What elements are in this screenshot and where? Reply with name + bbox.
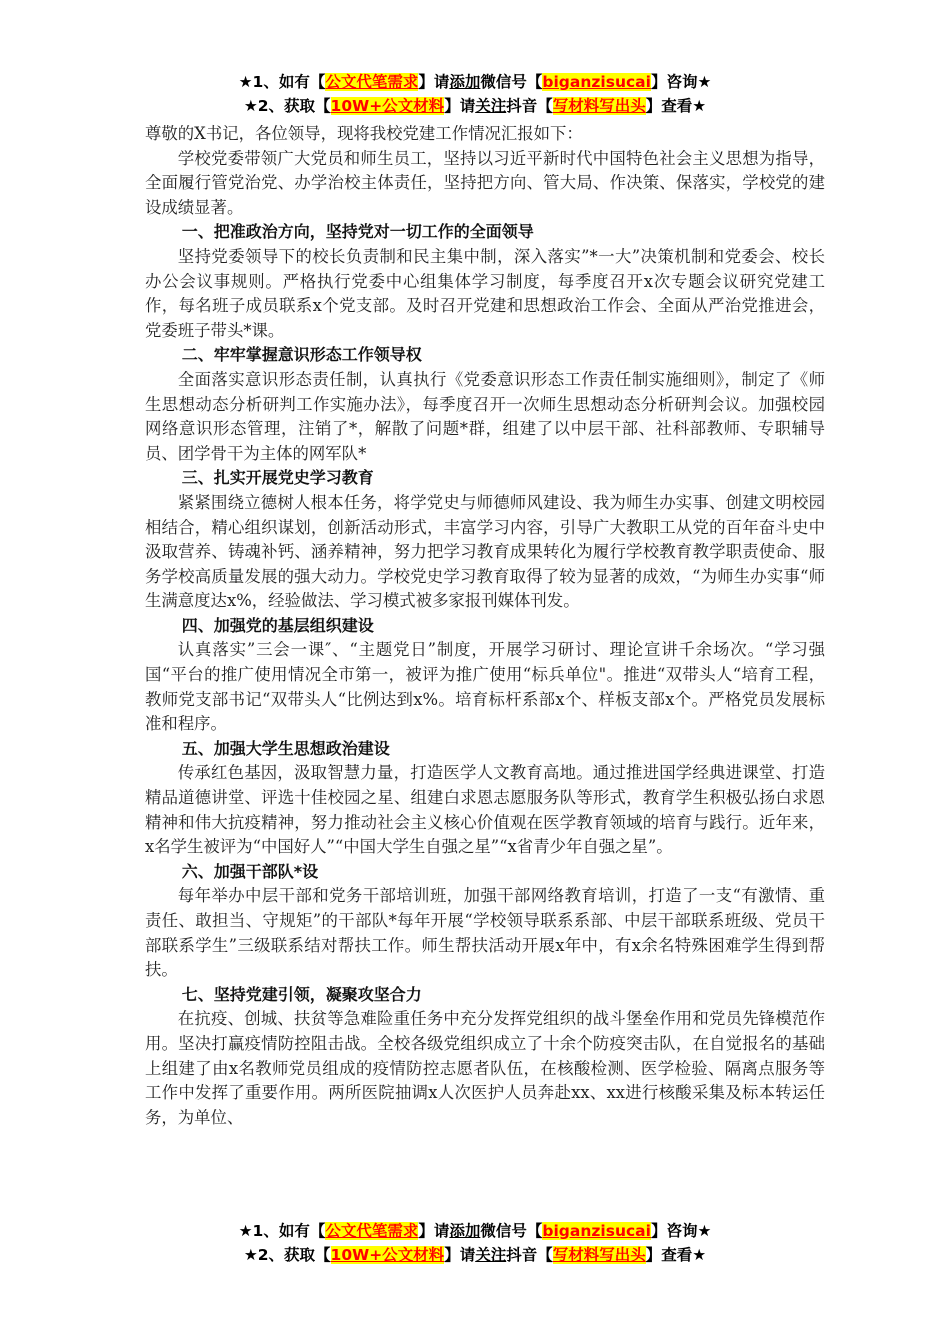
section-body-1: 坚持党委领导下的校长负责制和民主集中制，深入落实”*一大”决策机制和党委会、校长…	[145, 245, 825, 343]
promo-wechat-id: biganzisucai	[542, 73, 651, 91]
section-body-7: 在抗疫、创城、扶贫等急难险重任务中充分发挥党组织的战斗堡垒作用和党员先锋模范作用…	[145, 1007, 825, 1130]
promo-line-2: ★2、获取【10W+公文材料】请关注抖音【写材料写出头】查看★	[0, 1243, 950, 1267]
promo-highlight: 公文代笔需求	[325, 73, 418, 91]
document-body: 尊敬的X书记，各位领导，现将我校党建工作情况汇报如下： 学校党委带领广大党员和师…	[145, 122, 825, 1130]
section-heading-4: 四、加强党的基层组织建设	[145, 614, 825, 639]
section-body-6: 每年举办中层干部和党务干部培训班，加强干部网络教育培训，打造了一支“有激情、重责…	[145, 884, 825, 982]
promo-text: ★2、获取【	[244, 97, 331, 115]
promo-text: 抖音【	[506, 97, 553, 115]
section-body-3: 紧紧围绕立德树人根本任务，将学党史与师德师风建设、我为师生办实事、创建文明校园相…	[145, 491, 825, 614]
promo-text: 】请	[418, 73, 449, 91]
top-promo-banner: ★1、如有【公文代笔需求】请添加微信号【biganzisucai】咨询★ ★2、…	[0, 70, 950, 118]
section-body-5: 传承红色基因，汲取智慧力量，打造医学人文教育高地。通过推进国学经典进课堂、打造精…	[145, 761, 825, 859]
section-heading-6: 六、加强干部队*设	[145, 860, 825, 885]
promo-underlined: 添加	[449, 1222, 480, 1240]
promo-text: ★2、获取【	[244, 1246, 331, 1264]
intro-paragraph: 学校党委带领广大党员和师生员工，坚持以习近平新时代中国特色社会主义思想为指导，全…	[145, 147, 825, 221]
section-body-2: 全面落实意识形态责任制，认真执行《党委意识形态工作责任制实施细则》，制定了《师生…	[145, 368, 825, 466]
promo-highlight: 公文代笔需求	[325, 1222, 418, 1240]
section-heading-7: 七、坚持党建引领，凝聚攻坚合力	[145, 983, 825, 1008]
promo-text: 】咨询★	[651, 1222, 711, 1240]
promo-line-1: ★1、如有【公文代笔需求】请添加微信号【biganzisucai】咨询★	[0, 1219, 950, 1243]
promo-text: 】请	[418, 1222, 449, 1240]
section-heading-3: 三、扎实开展党史学习教育	[145, 466, 825, 491]
promo-text: 】查看★	[646, 1246, 706, 1264]
promo-line-1: ★1、如有【公文代笔需求】请添加微信号【biganzisucai】咨询★	[0, 70, 950, 94]
promo-text: 】请	[444, 1246, 475, 1264]
bottom-promo-banner: ★1、如有【公文代笔需求】请添加微信号【biganzisucai】咨询★ ★2、…	[0, 1219, 950, 1267]
promo-text: 】咨询★	[651, 73, 711, 91]
promo-text: 微信号【	[480, 73, 542, 91]
promo-text: ★1、如有【	[239, 73, 326, 91]
promo-text: 微信号【	[480, 1222, 542, 1240]
section-body-4: 认真落实”三会一课″、“主题党日”制度，开展学习研讨、理论宣讲千余场次。“学习强…	[145, 638, 825, 736]
document-page: ★1、如有【公文代笔需求】请添加微信号【biganzisucai】咨询★ ★2、…	[0, 0, 950, 1344]
promo-underlined: 关注	[475, 1246, 506, 1264]
section-heading-2: 二、牢牢掌握意识形态工作领导权	[145, 343, 825, 368]
section-heading-1: 一、把准政治方向，坚持党对一切工作的全面领导	[145, 220, 825, 245]
promo-highlight: 10W+公文材料	[331, 97, 445, 115]
promo-underlined: 添加	[449, 73, 480, 91]
promo-text: ★1、如有【	[239, 1222, 326, 1240]
promo-highlight: 10W+公文材料	[331, 1246, 445, 1264]
promo-wechat-id: biganzisucai	[542, 1222, 651, 1240]
promo-text: 】请	[444, 97, 475, 115]
promo-line-2: ★2、获取【10W+公文材料】请关注抖音【写材料写出头】查看★	[0, 94, 950, 118]
promo-text: 抖音【	[506, 1246, 553, 1264]
section-heading-5: 五、加强大学生思想政治建设	[145, 737, 825, 762]
promo-text: 】查看★	[646, 97, 706, 115]
promo-douyin-id: 写材料写出头	[553, 97, 646, 115]
promo-douyin-id: 写材料写出头	[553, 1246, 646, 1264]
greeting: 尊敬的X书记，各位领导，现将我校党建工作情况汇报如下：	[145, 122, 825, 147]
promo-underlined: 关注	[475, 97, 506, 115]
